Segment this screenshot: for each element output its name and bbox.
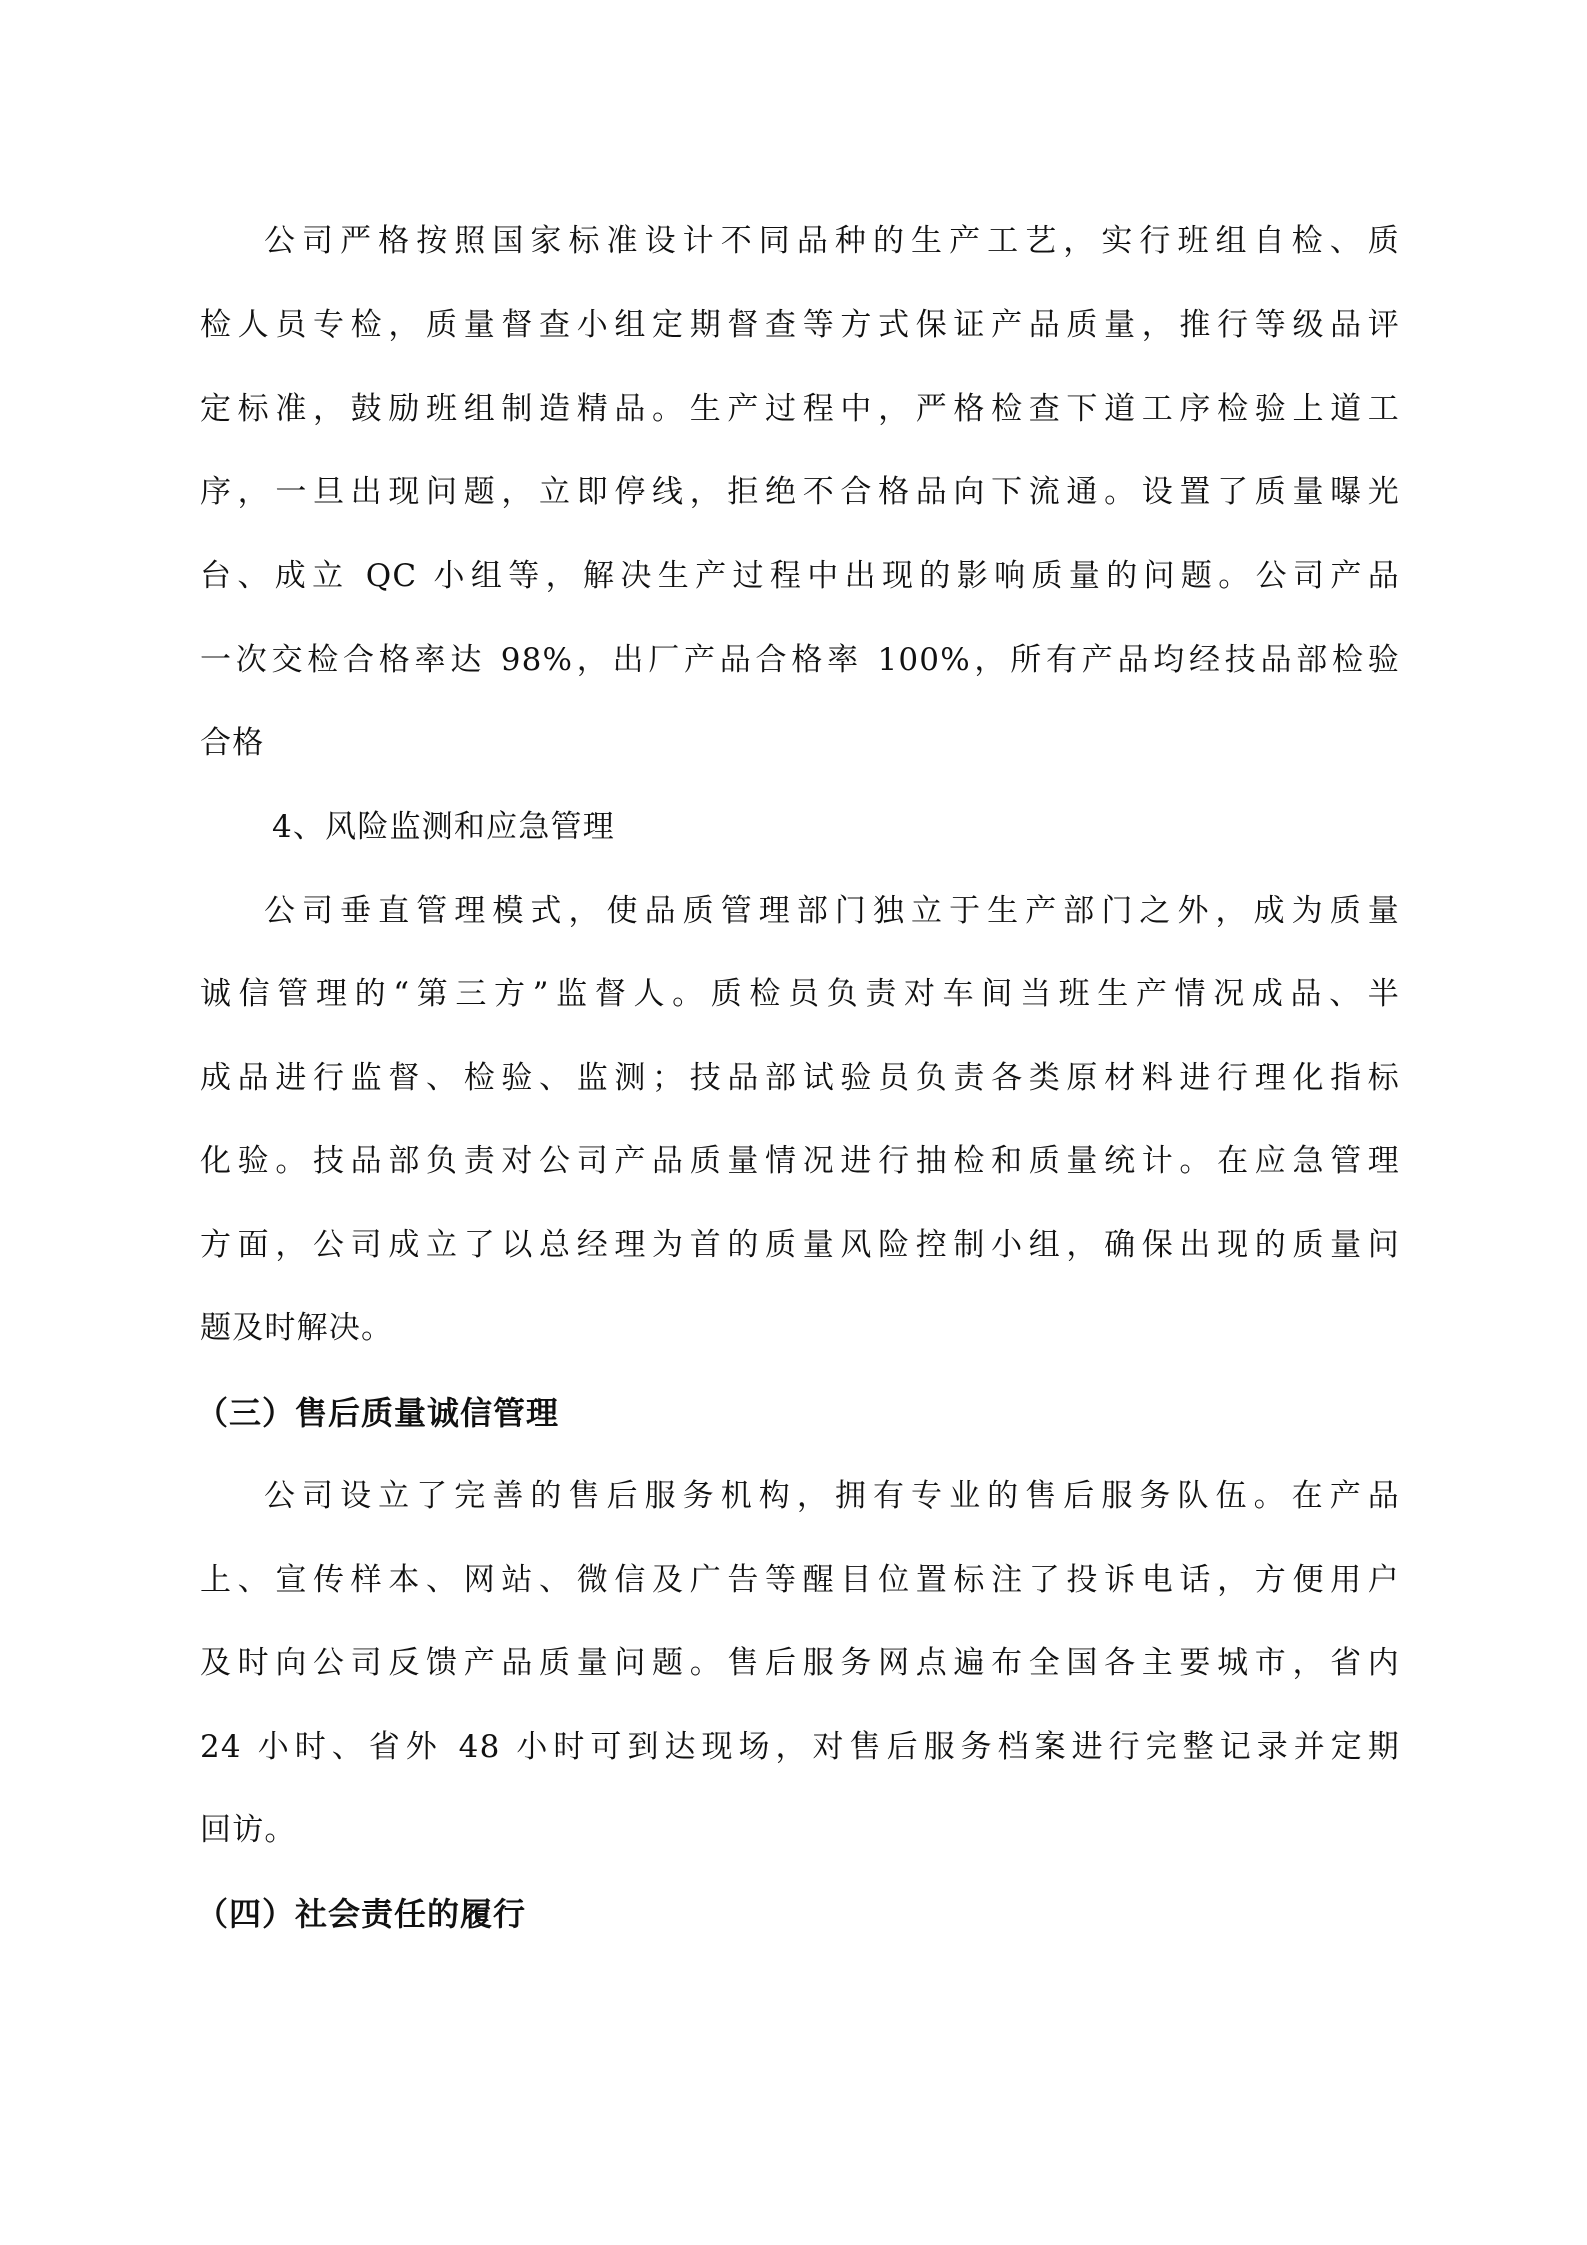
paragraph-line: 方面，公司成立了以总经理为首的质量风险控制小组，确保出现的质量问: [200, 1225, 1400, 1265]
paragraph-line: 定标准，鼓励班组制造精品。生产过程中，严格检查下道工序检验上道工: [200, 389, 1400, 429]
paragraph-line: 台、成立 QC 小组等，解决生产过程中出现的影响质量的问题。公司产品: [200, 556, 1400, 596]
paragraph-line: 公司严格按照国家标准设计不同品种的生产工艺，实行班组自检、质: [264, 221, 1400, 261]
paragraph-line: 合格: [200, 723, 1400, 763]
paragraph-line: 化验。技品部负责对公司产品质量情况进行抽检和质量统计。在应急管理: [200, 1141, 1400, 1181]
paragraph-line: 24 小时、省外 48 小时可到达现场，对售后服务档案进行完整记录并定期: [200, 1727, 1400, 1767]
paragraph-line: 上、宣传样本、网站、微信及广告等醒目位置标注了投诉电话，方便用户: [200, 1560, 1400, 1600]
section-heading-after-sales: （三）售后质量诚信管理: [196, 1392, 559, 1434]
subheading-risk-monitoring: 4、风险监测和应急管理: [272, 807, 1472, 847]
paragraph-line: 序，一旦出现问题，立即停线，拒绝不合格品向下流通。设置了质量曝光: [200, 472, 1400, 512]
paragraph-line: 成品进行监督、检验、监测；技品部试验员负责各类原材料进行理化指标: [200, 1058, 1400, 1098]
document-page: 公司严格按照国家标准设计不同品种的生产工艺，实行班组自检、质 检人员专检，质量督…: [0, 0, 1587, 2245]
paragraph-line: 公司垂直管理模式，使品质管理部门独立于生产部门之外，成为质量: [264, 891, 1400, 931]
paragraph-line: 回访。: [200, 1810, 1400, 1850]
paragraph-line: 检人员专检，质量督查小组定期督查等方式保证产品质量，推行等级品评: [200, 305, 1400, 345]
paragraph-line: 诚信管理的“第三方”监督人。质检员负责对车间当班生产情况成品、半: [200, 974, 1400, 1014]
paragraph-line: 公司设立了完善的售后服务机构，拥有专业的售后服务队伍。在产品: [264, 1476, 1400, 1516]
paragraph-line: 及时向公司反馈产品质量问题。售后服务网点遍布全国各主要城市，省内: [200, 1643, 1400, 1683]
paragraph-line: 一次交检合格率达 98%，出厂产品合格率 100%，所有产品均经技品部检验: [200, 640, 1400, 680]
paragraph-line: 题及时解决。: [200, 1308, 1400, 1348]
section-heading-social-responsibility: （四）社会责任的履行: [196, 1893, 526, 1935]
